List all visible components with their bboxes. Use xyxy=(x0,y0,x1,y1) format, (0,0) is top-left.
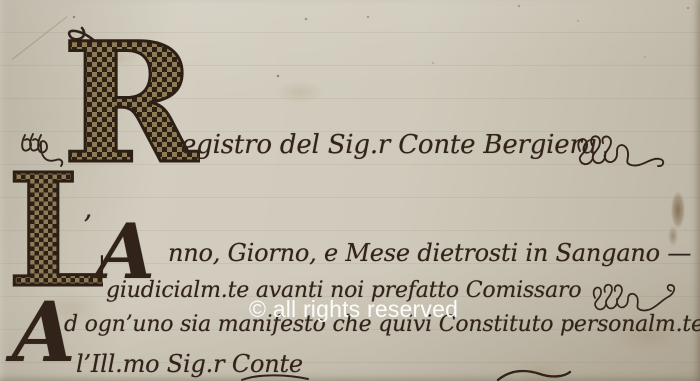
body-line1-text: nno, Giorno, e Mese dietrosti in Sangano… xyxy=(168,241,691,265)
knot-flourish-icon xyxy=(572,131,668,173)
heading-text: egistro del Sig.r Conte Bergiera xyxy=(181,132,597,158)
decorated-initial-R: R xyxy=(52,22,200,170)
manuscript-photo: R egistro del Sig.r Conte Bergiera L ’ A… xyxy=(0,0,700,381)
cutoff-stroke-left xyxy=(240,372,310,381)
copyright-watermark: © all rights reserved xyxy=(249,296,458,322)
initial-R-glyph: R xyxy=(62,22,200,170)
triple-loop-squiggle-icon xyxy=(16,129,68,173)
cutoff-stroke-right xyxy=(495,368,573,381)
initial-L-apostrophe: ’ xyxy=(83,212,92,240)
